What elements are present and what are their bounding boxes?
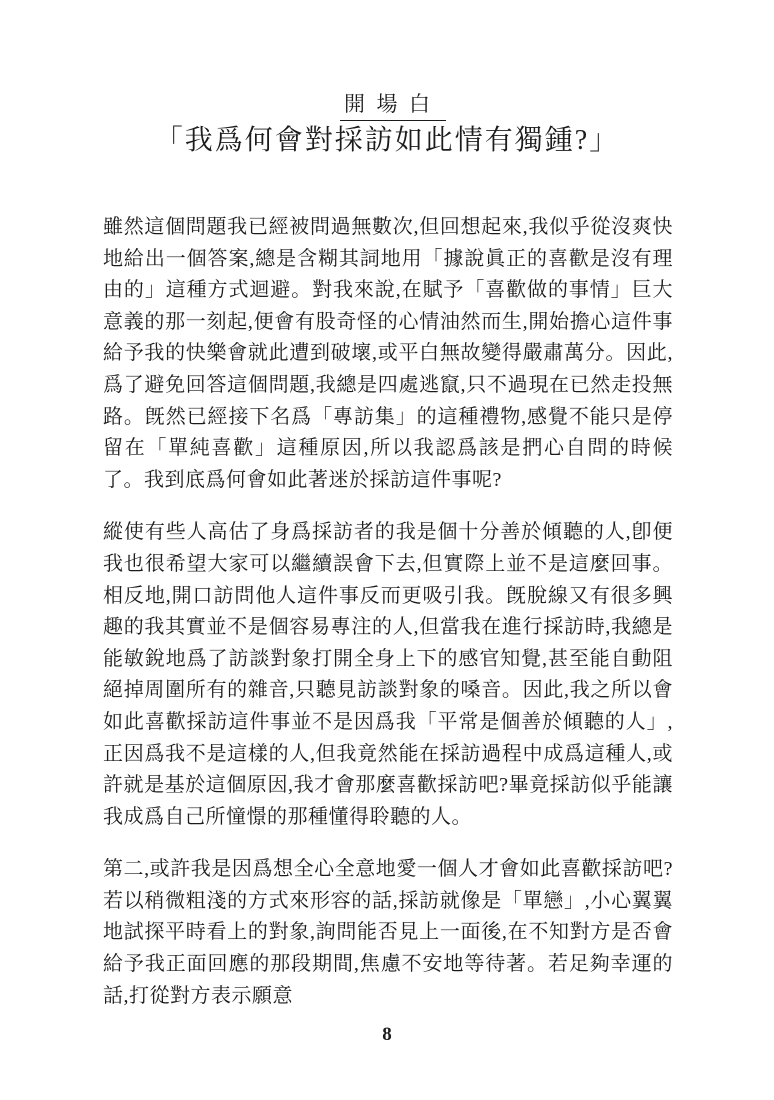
- paragraph-2: 縱使有些人高估了身爲採訪者的我是個十分善於傾聽的人,卽便我也很希望大家可以繼續誤…: [103, 517, 673, 833]
- book-page: 開場白 「我爲何會對採訪如此情有獨鍾?」 雖然這個問題我已經被問過無數次,但回想…: [0, 0, 774, 1100]
- page-title: 「我爲何會對採訪如此情有獨鍾?」: [0, 121, 774, 160]
- chapter-label-container: 開場白: [0, 92, 774, 121]
- body-text: 雖然這個問題我已經被問過無數次,但回想起來,我似乎從沒爽快地給出一個答案,總是含…: [103, 212, 673, 1033]
- page-number: 8: [0, 1024, 774, 1046]
- chapter-label: 開場白: [340, 92, 446, 121]
- paragraph-3: 第二,或許我是因爲想全心全意地愛一個人才會如此喜歡採訪吧?若以稍微粗淺的方式來形…: [103, 854, 673, 1012]
- paragraph-1: 雖然這個問題我已經被問過無數次,但回想起來,我似乎從沒爽快地給出一個答案,總是含…: [103, 212, 673, 496]
